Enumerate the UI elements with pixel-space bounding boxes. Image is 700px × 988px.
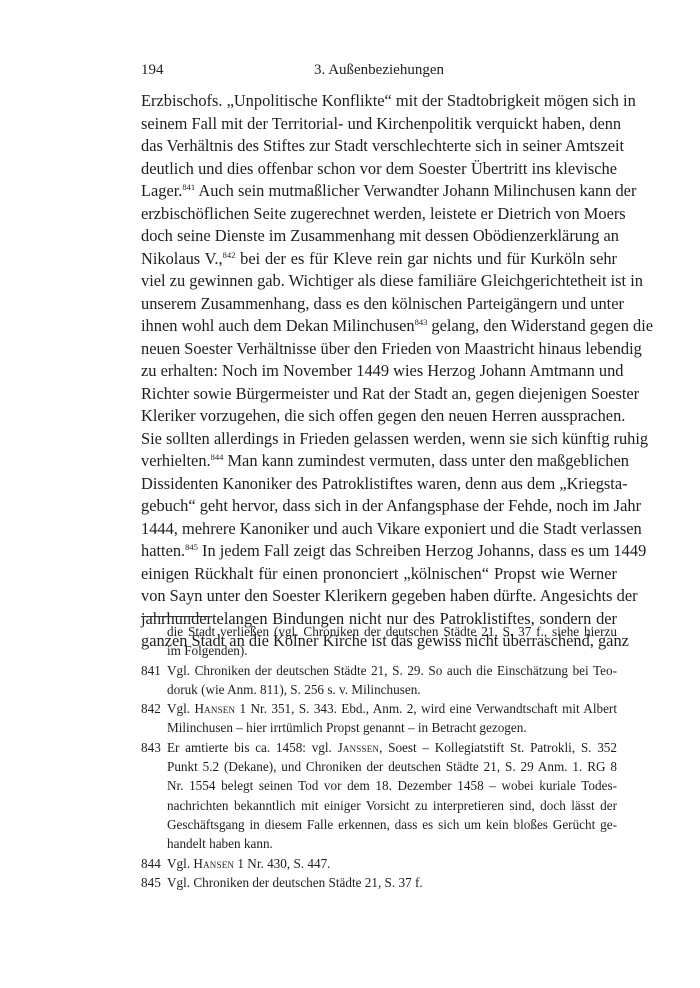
footnote-separator bbox=[141, 616, 210, 617]
text-fragment: In jedem Fall zeigt das Schreiben Herzog… bbox=[198, 541, 646, 560]
text-fragment: Vgl. bbox=[167, 701, 194, 716]
footnote-843: 843 Er amtierte bis ca. 1458: vgl. Janss… bbox=[141, 738, 617, 854]
footnote-line: Geschäftsgang in diesem Falle erkennen, … bbox=[167, 815, 617, 834]
footnote-841: 841 Vgl. Chroniken der deutschen Städte … bbox=[141, 661, 617, 700]
footnote-number: 841 bbox=[141, 661, 161, 680]
footnote-845: 845 Vgl. Chroniken der deutschen Städte … bbox=[141, 873, 617, 892]
text-line: von Sayn unter den Soester Klerikern geg… bbox=[141, 585, 617, 608]
text-fragment: Auch sein mutmaßlicher Verwandter Johann… bbox=[195, 181, 636, 200]
text-fragment: , Soest – Kollegiatstift St. Patrokli, S… bbox=[379, 740, 617, 755]
text-line: zu erhalten: Noch im November 1449 wies … bbox=[141, 360, 617, 383]
text-fragment: 1 Nr. 351, S. 343. Ebd., Anm. 2, wird ei… bbox=[235, 701, 617, 716]
text-line: das Verhältnis des Stiftes zur Stadt ver… bbox=[141, 135, 617, 158]
author-name: Hansen bbox=[194, 701, 235, 716]
text-line: gebuch“ geht hervor, dass sich in der An… bbox=[141, 495, 617, 518]
footnote-ref-841[interactable]: 841 bbox=[182, 182, 195, 192]
text-fragment: Er amtierte bis ca. 1458: vgl. bbox=[167, 740, 338, 755]
text-fragment: Man kann zumindest vermuten, dass unter … bbox=[223, 451, 629, 470]
text-line: ihnen wohl auch dem Dekan Milinchusen843… bbox=[141, 315, 617, 338]
footnote-844: 844 Vgl. Hansen 1 Nr. 430, S. 447. bbox=[141, 854, 617, 873]
text-line: neuen Soester Verhältnisse über den Frie… bbox=[141, 338, 617, 361]
footnote-line: Vgl. Chroniken der deutschen Städte 21, … bbox=[167, 873, 617, 892]
footnote-number: 845 bbox=[141, 873, 161, 892]
footnote-line: im Folgenden). bbox=[167, 641, 617, 660]
text-line: Sie sollten allerdings in Frieden gelass… bbox=[141, 428, 617, 451]
footnote-line: Punkt 5.2 (Dekane), und Chroniken der de… bbox=[167, 757, 617, 776]
text-line: Lager.841 Auch sein mutmaßlicher Verwand… bbox=[141, 180, 617, 203]
chapter-title: 3. Außenbeziehungen bbox=[141, 60, 617, 80]
text-line: deutlich und dies offenbar schon vor dem… bbox=[141, 158, 617, 181]
text-fragment: 1 Nr. 430, S. 447. bbox=[234, 856, 330, 871]
author-name: Hansen bbox=[193, 856, 234, 871]
footnote-number: 842 bbox=[141, 699, 161, 718]
text-fragment: verhielten. bbox=[141, 451, 211, 470]
footnote-line: Nr. 1554 belegt seinen Tod vor dem 18. D… bbox=[167, 776, 617, 795]
text-line: einigen Rückhalt für einen prononciert „… bbox=[141, 563, 617, 586]
footnote-line: Vgl. Chroniken der deutschen Städte 21, … bbox=[167, 661, 617, 680]
text-line: Richter sowie Bürgermeister und Rat der … bbox=[141, 383, 617, 406]
footnote-line: doruk (wie Anm. 811), S. 256 s. v. Milin… bbox=[167, 680, 617, 699]
footnote-842: 842 Vgl. Hansen 1 Nr. 351, S. 343. Ebd.,… bbox=[141, 699, 617, 738]
footnote-ref-843[interactable]: 843 bbox=[415, 317, 428, 327]
footnote-ref-845[interactable]: 845 bbox=[185, 542, 198, 552]
text-fragment: hatten. bbox=[141, 541, 185, 560]
text-line: Dissidenten Kanoniker des Patroklistifte… bbox=[141, 473, 617, 496]
footnote-number: 843 bbox=[141, 738, 161, 757]
text-line: Nikolaus V.,842 bei der es für Kleve rei… bbox=[141, 248, 617, 271]
text-line: doch seine Dienste im Zusammenhang mit d… bbox=[141, 225, 617, 248]
footnote-line: Milinchusen – hier irrtümlich Propst gen… bbox=[167, 718, 617, 737]
text-fragment: gelang, den Widerstand gegen die bbox=[427, 316, 653, 335]
text-line: unserem Zusammenhang, dass es den kölnis… bbox=[141, 293, 617, 316]
footnote-ref-844[interactable]: 844 bbox=[211, 452, 224, 462]
text-line: seinem Fall mit der Territorial- und Kir… bbox=[141, 113, 617, 136]
text-fragment: ihnen wohl auch dem Dekan Milinchusen bbox=[141, 316, 415, 335]
text-fragment: Lager. bbox=[141, 181, 182, 200]
text-fragment: Nikolaus V., bbox=[141, 249, 223, 268]
author-name: Janssen bbox=[338, 740, 380, 755]
text-fragment: bei der es für Kleve rein gar nichts und… bbox=[235, 249, 617, 268]
text-line: 1444, mehrere Kanoniker und auch Vikare … bbox=[141, 518, 617, 541]
text-line: erzbischöflichen Seite zugerechnet werde… bbox=[141, 203, 617, 226]
footnote-number: 844 bbox=[141, 854, 161, 873]
footnote-line: Vgl. Hansen 1 Nr. 430, S. 447. bbox=[167, 854, 617, 873]
footnote-line: die Stadt verließen (vgl. Chroniken der … bbox=[167, 622, 617, 641]
text-fragment: Vgl. bbox=[167, 856, 193, 871]
footnote-ref-842[interactable]: 842 bbox=[223, 250, 236, 260]
text-line: verhielten.844 Man kann zumindest vermut… bbox=[141, 450, 617, 473]
text-line: hatten.845 In jedem Fall zeigt das Schre… bbox=[141, 540, 617, 563]
running-head: 194 3. Außenbeziehungen bbox=[141, 60, 617, 80]
text-line: viel zu gewinnen gab. Wichtiger als dies… bbox=[141, 270, 617, 293]
text-line: Kleriker vorzugehen, die sich offen gege… bbox=[141, 405, 617, 428]
footnote-line: nachrichten bekanntlich mit einiger Vors… bbox=[167, 796, 617, 815]
footnote-continuation: die Stadt verließen (vgl. Chroniken der … bbox=[141, 622, 617, 661]
footnote-line: Vgl. Hansen 1 Nr. 351, S. 343. Ebd., Anm… bbox=[167, 699, 617, 718]
text-line: Erzbischofs. „Unpolitische Konflikte“ mi… bbox=[141, 90, 617, 113]
body-text: Erzbischofs. „Unpolitische Konflikte“ mi… bbox=[141, 90, 617, 653]
book-page: 194 3. Außenbeziehungen Erzbischofs. „Un… bbox=[0, 0, 700, 988]
footnote-line: handelt haben kann. bbox=[167, 834, 617, 853]
footnote-line: Er amtierte bis ca. 1458: vgl. Janssen, … bbox=[167, 738, 617, 757]
footnotes: die Stadt verließen (vgl. Chroniken der … bbox=[141, 622, 617, 892]
